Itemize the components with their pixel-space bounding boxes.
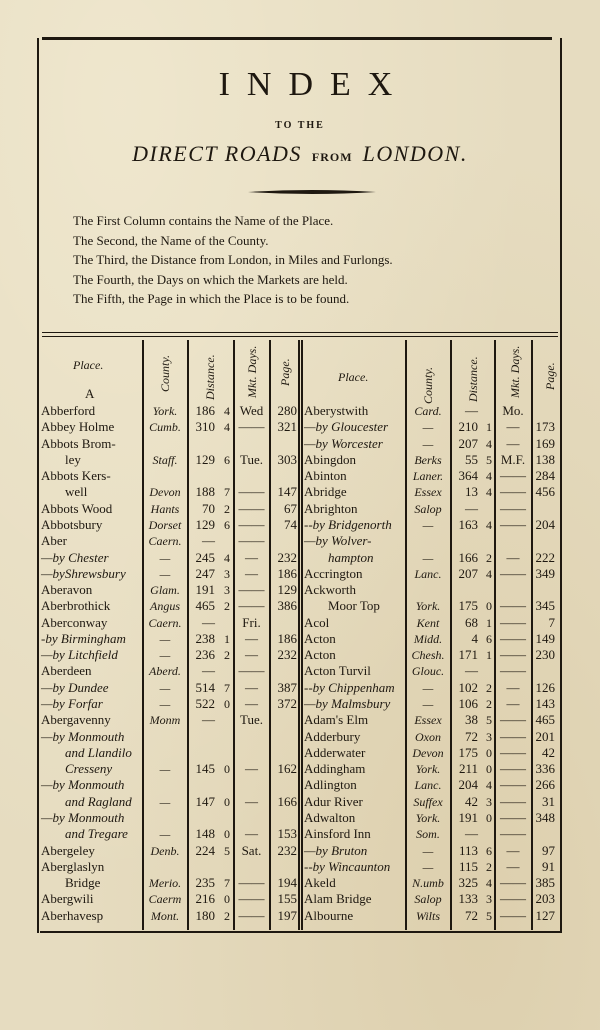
distance-furlongs-cell: 2 <box>220 598 230 614</box>
distance-miles-cell: 180 <box>189 908 215 924</box>
distance-miles-cell: 166 <box>452 550 478 566</box>
column-legend: The First Column contains the Name of th… <box>73 211 553 309</box>
distance-furlongs-cell: 2 <box>220 647 230 663</box>
county-cell: N.umb <box>406 875 450 891</box>
distance-furlongs-cell: 1 <box>482 615 492 631</box>
place-cell: Abberford <box>41 403 95 419</box>
distance-furlongs-cell: 2 <box>482 680 492 696</box>
place-cell: and Tregare <box>41 826 128 842</box>
county-cell: Hants <box>143 501 187 517</box>
place-cell: —by Gloucester <box>304 419 388 435</box>
page-number-cell: 91 <box>527 859 555 875</box>
distance-miles-cell: 211 <box>452 761 478 777</box>
page-number-cell: 138 <box>527 452 555 468</box>
market-days-cell: Sat. <box>234 843 269 859</box>
market-days-cell: Mo. <box>495 403 531 419</box>
county-cell: — <box>406 680 450 696</box>
distance-miles-cell: 522 <box>189 696 215 712</box>
county-cell: — <box>406 419 450 435</box>
market-days-cell: — <box>495 550 531 566</box>
page-number-cell: 232 <box>269 647 297 663</box>
place-cell: --by Chippenham <box>304 680 395 696</box>
distance-miles-cell: 70 <box>189 501 215 517</box>
county-cell: Caerm <box>143 891 187 907</box>
market-days-cell: —— <box>234 484 269 500</box>
distance-furlongs-cell: 4 <box>482 468 492 484</box>
distance-miles-cell: 236 <box>189 647 215 663</box>
place-cell: Adwalton <box>304 810 355 826</box>
place-cell: —by Litchfield <box>41 647 118 663</box>
page-number-cell: 232 <box>269 843 297 859</box>
table-top-rule-2 <box>42 336 558 337</box>
market-days-cell: M.F. <box>495 452 531 468</box>
distance-miles-cell: 147 <box>189 794 215 810</box>
county-cell: — <box>143 794 187 810</box>
center-divider <box>298 340 300 930</box>
distance-miles-cell: 207 <box>452 436 478 452</box>
page-number-cell: 336 <box>527 761 555 777</box>
county-cell: — <box>143 550 187 566</box>
page-number-cell: 169 <box>527 436 555 452</box>
place-cell: Accrington <box>304 566 362 582</box>
place-cell: hampton <box>304 550 374 566</box>
market-days-cell: — <box>495 696 531 712</box>
distance-miles-cell: 204 <box>452 777 478 793</box>
distance-miles-cell: 72 <box>452 729 478 745</box>
col-header-page: Page. <box>278 358 293 386</box>
market-days-cell: —— <box>495 875 531 891</box>
distance-miles-cell: 364 <box>452 468 478 484</box>
market-days-cell: —— <box>495 501 531 517</box>
distance-miles-cell: 175 <box>452 598 478 614</box>
distance-furlongs-cell: 0 <box>482 810 492 826</box>
distance-miles-cell: 106 <box>452 696 478 712</box>
place-cell: —by Dundee <box>41 680 109 696</box>
page-number-cell: 153 <box>269 826 297 842</box>
county-cell: — <box>143 566 187 582</box>
page-number-cell: 386 <box>269 598 297 614</box>
distance-furlongs-cell: 4 <box>482 436 492 452</box>
page-number-cell: 348 <box>527 810 555 826</box>
distance-miles-cell: 465 <box>189 598 215 614</box>
market-days-cell: — <box>234 631 269 647</box>
market-days-cell: —— <box>495 826 531 842</box>
distance-furlongs-cell: 0 <box>220 891 230 907</box>
col-header-county: County. <box>158 355 173 392</box>
col-header-page: Page. <box>543 362 558 390</box>
distance-miles-cell: 310 <box>189 419 215 435</box>
page-number-cell: 166 <box>269 794 297 810</box>
page-number-cell: 162 <box>269 761 297 777</box>
distance-furlongs-cell: 7 <box>220 484 230 500</box>
distance-furlongs-cell: 7 <box>220 875 230 891</box>
market-days-cell: —— <box>495 566 531 582</box>
page-number-cell: 155 <box>269 891 297 907</box>
subtitle-london: LONDON. <box>363 141 468 166</box>
market-days-cell: —— <box>495 647 531 663</box>
county-cell: Suffex <box>406 794 450 810</box>
market-days-cell: — <box>495 680 531 696</box>
county-cell: — <box>143 680 187 696</box>
page-number-cell: 345 <box>527 598 555 614</box>
page-number-cell: 222 <box>527 550 555 566</box>
place-cell: Abbots Wood <box>41 501 112 517</box>
distance-furlongs-cell: 4 <box>220 419 230 435</box>
col-header-place: Place. <box>73 358 103 373</box>
distance-furlongs-cell: 1 <box>220 631 230 647</box>
distance-furlongs-cell: 1 <box>482 647 492 663</box>
market-days-cell: — <box>495 843 531 859</box>
county-cell: — <box>406 517 450 533</box>
county-cell: — <box>143 631 187 647</box>
page-title: INDEX <box>0 66 600 104</box>
page-number-cell: 204 <box>527 517 555 533</box>
county-cell: Oxon <box>406 729 450 745</box>
table-bottom-rule <box>40 931 560 933</box>
market-days-cell: —— <box>495 663 531 679</box>
distance-miles-cell: 4 <box>452 631 478 647</box>
county-cell: Staff. <box>143 452 187 468</box>
county-cell: — <box>143 761 187 777</box>
place-cell: Abridge <box>304 484 347 500</box>
col-header-mkt-days: Mkt. Days. <box>508 346 523 398</box>
place-cell: —by Forfar <box>41 696 103 712</box>
place-cell: Adderbury <box>304 729 360 745</box>
page-number-cell: 232 <box>269 550 297 566</box>
county-cell: Kent <box>406 615 450 631</box>
place-cell: —by Chester <box>41 550 109 566</box>
place-cell: Abergeley <box>41 843 95 859</box>
place-cell: Abergwili <box>41 891 93 907</box>
market-days-cell: —— <box>495 891 531 907</box>
place-cell: Abrighton <box>304 501 357 517</box>
page-number-cell: 31 <box>527 794 555 810</box>
distance-furlongs-cell: 2 <box>482 859 492 875</box>
place-cell: Abbey Holme <box>41 419 114 435</box>
distance-miles-cell: 102 <box>452 680 478 696</box>
distance-furlongs-cell: 6 <box>220 452 230 468</box>
page-number-cell: 303 <box>269 452 297 468</box>
distance-miles-cell: 113 <box>452 843 478 859</box>
page-number-cell: 186 <box>269 566 297 582</box>
county-cell: Merio. <box>143 875 187 891</box>
county-cell: Cumb. <box>143 419 187 435</box>
page-number-cell: 387 <box>269 680 297 696</box>
legend-line: The Third, the Distance from London, in … <box>73 250 553 270</box>
place-cell: Alam Bridge <box>304 891 372 907</box>
col-header-distance: Distance. <box>466 356 481 402</box>
county-cell: Essex <box>406 712 450 728</box>
place-cell: Adderwater <box>304 745 365 761</box>
distance-furlongs-cell: 0 <box>220 696 230 712</box>
col-header-distance: Distance. <box>203 354 218 400</box>
market-days-cell: —— <box>234 908 269 924</box>
place-cell: well <box>41 484 87 500</box>
distance-furlongs-cell: 2 <box>482 550 492 566</box>
county-cell: York. <box>143 403 187 419</box>
distance-furlongs-cell: 4 <box>482 484 492 500</box>
page-number-cell: 230 <box>527 647 555 663</box>
distance-miles-cell: 191 <box>452 810 478 826</box>
distance-miles-cell: 38 <box>452 712 478 728</box>
market-days-cell: — <box>495 419 531 435</box>
county-cell: Card. <box>406 403 450 419</box>
distance-furlongs-cell: 5 <box>482 908 492 924</box>
place-cell: Aberhavesp <box>41 908 103 924</box>
legend-line: The First Column contains the Name of th… <box>73 211 553 231</box>
distance-miles-cell: — <box>452 501 478 517</box>
market-days-cell: —— <box>495 615 531 631</box>
market-days-cell: —— <box>495 810 531 826</box>
distance-miles-cell: 115 <box>452 859 478 875</box>
distance-miles-cell: 247 <box>189 566 215 582</box>
place-cell: Adam's Elm <box>304 712 368 728</box>
place-cell: Aberglaslyn <box>41 859 104 875</box>
county-cell: Devon <box>143 484 187 500</box>
place-cell: —by Wolver- <box>304 533 372 549</box>
market-days-cell: —— <box>234 501 269 517</box>
col-header-place: Place. <box>338 370 368 385</box>
county-cell: York. <box>406 598 450 614</box>
county-cell: Lanc. <box>406 777 450 793</box>
distance-furlongs-cell: 6 <box>482 843 492 859</box>
market-days-cell: —— <box>495 712 531 728</box>
place-cell: —by Worcester <box>304 436 383 452</box>
swell-rule-ornament <box>248 189 376 195</box>
distance-furlongs-cell: 3 <box>482 794 492 810</box>
distance-furlongs-cell: 5 <box>482 452 492 468</box>
distance-miles-cell: — <box>189 533 215 549</box>
county-cell: Laner. <box>406 468 450 484</box>
subtitle-direct-roads: DIRECT ROADS <box>132 141 302 166</box>
place-cell: Acol <box>304 615 329 631</box>
legend-line: The Fifth, the Page in which the Place i… <box>73 289 553 309</box>
market-days-cell: —— <box>495 517 531 533</box>
place-cell: Cresseny <box>41 761 112 777</box>
market-days-cell: — <box>495 436 531 452</box>
distance-miles-cell: 163 <box>452 517 478 533</box>
county-cell: — <box>406 843 450 859</box>
page-number-cell: 456 <box>527 484 555 500</box>
page-number-cell: 7 <box>527 615 555 631</box>
distance-miles-cell: 207 <box>452 566 478 582</box>
place-cell: Aber <box>41 533 67 549</box>
distance-miles-cell: 42 <box>452 794 478 810</box>
distance-miles-cell: — <box>189 615 215 631</box>
distance-miles-cell: 191 <box>189 582 215 598</box>
county-cell: Salop <box>406 891 450 907</box>
market-days-cell: — <box>234 550 269 566</box>
distance-furlongs-cell: 5 <box>220 843 230 859</box>
distance-furlongs-cell: 2 <box>482 696 492 712</box>
page-number-cell: 74 <box>269 517 297 533</box>
place-cell: Ainsford Inn <box>304 826 371 842</box>
page-number-cell: 67 <box>269 501 297 517</box>
place-cell: Albourne <box>304 908 353 924</box>
distance-furlongs-cell: 0 <box>220 794 230 810</box>
market-days-cell: Tue. <box>234 452 269 468</box>
place-cell: Aberdeen <box>41 663 92 679</box>
distance-miles-cell: 238 <box>189 631 215 647</box>
distance-furlongs-cell: 4 <box>482 875 492 891</box>
distance-miles-cell: 129 <box>189 452 215 468</box>
market-days-cell: Wed <box>234 403 269 419</box>
page-number-cell: 321 <box>269 419 297 435</box>
county-cell: Angus <box>143 598 187 614</box>
distance-miles-cell: 188 <box>189 484 215 500</box>
place-cell: Aberavon <box>41 582 92 598</box>
market-days-cell: —— <box>234 582 269 598</box>
market-days-cell: — <box>495 859 531 875</box>
page-number-cell: 147 <box>269 484 297 500</box>
distance-furlongs-cell: 2 <box>220 908 230 924</box>
distance-furlongs-cell: 5 <box>482 712 492 728</box>
place-cell: —by Monmouth <box>41 777 124 793</box>
market-days-cell: —— <box>495 484 531 500</box>
page-number-cell: 149 <box>527 631 555 647</box>
distance-miles-cell: — <box>189 663 215 679</box>
distance-furlongs-cell: 4 <box>482 777 492 793</box>
distance-miles-cell: — <box>452 403 478 419</box>
distance-miles-cell: — <box>452 826 478 842</box>
place-cell: Acton <box>304 647 336 663</box>
market-days-cell: —— <box>234 517 269 533</box>
county-cell: — <box>406 550 450 566</box>
distance-miles-cell: 325 <box>452 875 478 891</box>
distance-miles-cell: 235 <box>189 875 215 891</box>
place-cell: —by Bruton <box>304 843 367 859</box>
county-cell: Dorset <box>143 517 187 533</box>
distance-furlongs-cell: 4 <box>482 517 492 533</box>
page-number-cell: 284 <box>527 468 555 484</box>
place-cell: Abbots Brom- <box>41 436 116 452</box>
page-number-cell: 372 <box>269 696 297 712</box>
page-number-cell: 126 <box>527 680 555 696</box>
subtitle-to-the: TO THE <box>0 120 600 131</box>
distance-furlongs-cell: 3 <box>220 582 230 598</box>
place-cell: Acton <box>304 631 336 647</box>
distance-miles-cell: 148 <box>189 826 215 842</box>
distance-miles-cell: 175 <box>452 745 478 761</box>
market-days-cell: — <box>234 566 269 582</box>
distance-furlongs-cell: 6 <box>482 631 492 647</box>
distance-furlongs-cell: 0 <box>220 826 230 842</box>
place-cell: -by Birmingham <box>41 631 126 647</box>
distance-miles-cell: 129 <box>189 517 215 533</box>
distance-miles-cell: 55 <box>452 452 478 468</box>
place-cell: Adlington <box>304 777 357 793</box>
county-cell: — <box>406 436 450 452</box>
distance-furlongs-cell: 2 <box>220 501 230 517</box>
legend-line: The Second, the Name of the County. <box>73 231 553 251</box>
distance-miles-cell: 171 <box>452 647 478 663</box>
distance-furlongs-cell: 1 <box>482 419 492 435</box>
county-cell: — <box>406 696 450 712</box>
distance-miles-cell: — <box>189 712 215 728</box>
county-cell: Aberd. <box>143 663 187 679</box>
table-top-rule <box>42 332 558 333</box>
distance-miles-cell: 68 <box>452 615 478 631</box>
county-cell: Glam. <box>143 582 187 598</box>
distance-furlongs-cell: 4 <box>220 550 230 566</box>
distance-miles-cell: 210 <box>452 419 478 435</box>
market-days-cell: — <box>234 647 269 663</box>
market-days-cell: —— <box>495 794 531 810</box>
county-cell: Devon <box>406 745 450 761</box>
section-letter: A <box>85 386 94 402</box>
distance-miles-cell: — <box>452 663 478 679</box>
center-divider <box>301 340 303 930</box>
page-number-cell: 97 <box>527 843 555 859</box>
distance-furlongs-cell: 0 <box>482 598 492 614</box>
market-days-cell: —— <box>495 761 531 777</box>
distance-furlongs-cell: 6 <box>220 517 230 533</box>
distance-furlongs-cell: 0 <box>482 745 492 761</box>
county-cell: York. <box>406 761 450 777</box>
distance-miles-cell: 224 <box>189 843 215 859</box>
county-cell: Som. <box>406 826 450 842</box>
market-days-cell: Fri. <box>234 615 269 631</box>
distance-miles-cell: 13 <box>452 484 478 500</box>
page-number-cell: 465 <box>527 712 555 728</box>
county-cell: Lanc. <box>406 566 450 582</box>
page-number-cell: 203 <box>527 891 555 907</box>
page-number-cell: 173 <box>527 419 555 435</box>
market-days-cell: —— <box>495 745 531 761</box>
page-number-cell: 349 <box>527 566 555 582</box>
market-days-cell: —— <box>234 598 269 614</box>
market-days-cell: —— <box>495 729 531 745</box>
distance-miles-cell: 216 <box>189 891 215 907</box>
county-cell: Monm <box>143 712 187 728</box>
distance-furlongs-cell: 4 <box>482 566 492 582</box>
county-cell: Wilts <box>406 908 450 924</box>
distance-furlongs-cell: 0 <box>482 761 492 777</box>
place-cell: Akeld <box>304 875 336 891</box>
page-number-cell: 42 <box>527 745 555 761</box>
market-days-cell: —— <box>495 631 531 647</box>
page-number-cell: 127 <box>527 908 555 924</box>
col-header-mkt-days: Mkt. Days. <box>245 346 260 398</box>
market-days-cell: — <box>234 826 269 842</box>
place-cell: --by Bridgenorth <box>304 517 392 533</box>
county-cell: Chesh. <box>406 647 450 663</box>
place-cell: Acton Turvil <box>304 663 371 679</box>
distance-miles-cell: 133 <box>452 891 478 907</box>
market-days-cell: —— <box>234 875 269 891</box>
market-days-cell: — <box>234 794 269 810</box>
market-days-cell: — <box>234 696 269 712</box>
page-number-cell: 280 <box>269 403 297 419</box>
legend-line: The Fourth, the Days on which the Market… <box>73 270 553 290</box>
page-number-cell: 197 <box>269 908 297 924</box>
market-days-cell: —— <box>495 598 531 614</box>
place-cell: Abinton <box>304 468 347 484</box>
place-cell: —by Malmsbury <box>304 696 390 712</box>
distance-furlongs-cell: 3 <box>220 566 230 582</box>
market-days-cell: —— <box>495 468 531 484</box>
col-header-county: County. <box>421 367 436 404</box>
place-cell: Bridge <box>41 875 100 891</box>
county-cell: Midd. <box>406 631 450 647</box>
page-number-cell: 201 <box>527 729 555 745</box>
place-cell: Ackworth <box>304 582 356 598</box>
page-number-cell: 385 <box>527 875 555 891</box>
county-cell: — <box>143 826 187 842</box>
distance-miles-cell: 514 <box>189 680 215 696</box>
market-days-cell: — <box>234 761 269 777</box>
market-days-cell: —— <box>234 891 269 907</box>
